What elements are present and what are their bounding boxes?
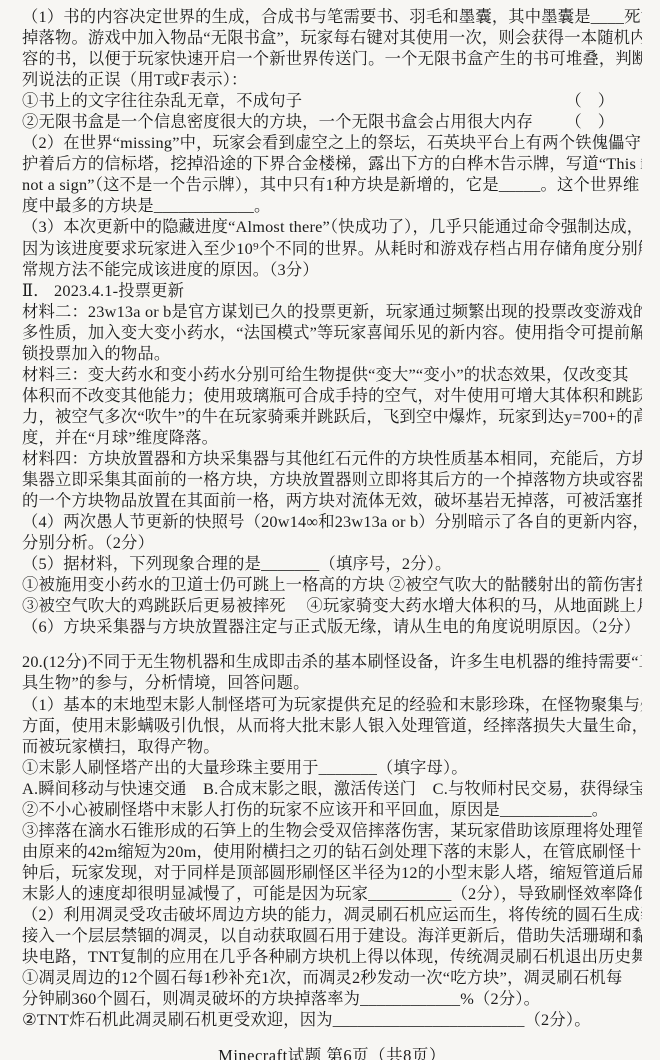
line-text: not a sign”（这不是一个告示牌），其中只有1种方块是新增的，它是___… <box>22 175 639 194</box>
document-line: 多性质，加入变大变小药水，“法国模式”等玩家喜闻乐见的新内容。使用指令可提前解 <box>22 322 642 343</box>
document-line: ③被空气吹大的鸡跳跃后更易被摔死 ④玩家骑变大药水增大体积的马，从地面跳上月球 <box>22 595 642 616</box>
line-text: 分钟刷360个圆石，则凋灵破坏的方块掉落率为____________%（2分）。 <box>22 989 540 1008</box>
line-text: 锁投票加入的物品。 <box>22 344 170 363</box>
line-text: 材料四：方块放置器和方块采集器与其他红石元件的方块性质基本相同，充能后，方块采 <box>22 449 642 468</box>
line-text: 多性质，加入变大变小药水，“法国模式”等玩家喜闻乐见的新内容。使用指令可提前解 <box>22 323 642 342</box>
document-line: （4）两次愚人节更新的快照号（20w14∞和23w13a or b）分别暗示了各… <box>22 511 642 532</box>
document-line: 由原来的42m缩短为20m，使用附横扫之刃的钻石剑处理下落的末影人，在管底刷怪十… <box>22 841 642 862</box>
line-text: 体积而不改变其他能力；使用玻璃瓶可合成手持的空气，对牛使用可增大其体积和跳跃能 <box>22 386 642 405</box>
document-line: Ⅱ． 2023.4.1-投票更新 <box>22 280 642 301</box>
line-text: 分别分析。（2分） <box>22 533 154 552</box>
line-text: 列说法的正误（用T或F表示）： <box>22 70 248 89</box>
document-line: 材料四：方块放置器和方块采集器与其他红石元件的方块性质基本相同，充能后，方块采 <box>22 448 642 469</box>
line-text: （2）在世界“missing”中，玩家会看到虚空之上的祭坛，石英块平台上有两个铁… <box>22 133 641 152</box>
line-text: （4）两次愚人节更新的快照号（20w14∞和23w13a or b）分别暗示了各… <box>22 512 642 531</box>
document-line: 方面，使用末影螨吸引仇恨，从而将大批末影人银入处理管道，经摔落损失大量生命，进 <box>22 715 642 736</box>
line-text: 因为该进度要求玩家进入至少10⁹个不同的世界。从耗时和游戏存档占用存储角度分别解… <box>22 239 642 258</box>
line-text: 由原来的42m缩短为20m，使用附横扫之刃的钻石剑处理下落的末影人，在管底刷怪十… <box>22 842 642 861</box>
document-line: ①书上的文字往往杂乱无章，不成句子（ ） <box>22 90 642 111</box>
line-text: ②不小心被刷怪塔中末影人打伤的玩家不应该开和平回血，原因是___________… <box>22 800 608 819</box>
document-line: 分钟刷360个圆石，则凋灵破坏的方块掉落率为____________%（2分）。 <box>22 988 642 1009</box>
document-line: （2）在世界“missing”中，玩家会看到虚空之上的祭坛，石英块平台上有两个铁… <box>22 132 642 153</box>
line-text: ②TNT炸石机此凋灵刷石机更受欢迎，因为____________________… <box>22 1010 591 1029</box>
line-text: ①书上的文字往往杂乱无章，不成句子 <box>22 90 302 111</box>
line-text: 钟后，玩家发现，对于同样是顶部圆形刷怪区半径为12的小型末影人塔，缩短管道后刷出 <box>22 863 642 882</box>
line-text: 材料三：变大药水和变小药水分别可给生物提供“变大”“变小”的状态效果，仅改变其 <box>22 365 629 384</box>
line-text: （6）方块采集器与方块放置器注定与正式版无缘，请从生电的角度说明原因。（2分） <box>22 617 640 636</box>
document-line: ②不小心被刷怪塔中末影人打伤的玩家不应该开和平回血，原因是___________… <box>22 799 642 820</box>
document-line: 度中最多的方块是____________。 <box>22 195 642 216</box>
line-text: ①末影人刷怪塔产出的大量珍珠主要用于_______（填字母）。 <box>22 758 468 777</box>
blank-line <box>22 637 642 651</box>
line-text: ②无限书盒是一个信息密度很大的方块，一个无限书盒会占用很大内存 <box>22 111 533 132</box>
document-line: 力，被空气多次“吹牛”的牛在玩家骑乘并跳跃后，飞到空中爆炸，玩家到达y=700+… <box>22 406 642 427</box>
line-text: Ⅱ． 2023.4.1-投票更新 <box>22 281 184 300</box>
line-text: 集器立即采集其面前的一格方块，方块放置器则立即将其后方的一个掉落物方块或容器中 <box>22 470 642 489</box>
line-text: 掉落物。游戏中加入物品“无限书盒”，玩家每右键对其使用一次，则会获得一本随机内 <box>22 28 642 47</box>
line-text: A.瞬间移动与快速交通 B.合成末影之眼，激活传送门 C.与牧师村民交易，获得绿… <box>22 779 642 798</box>
exam-page: （1）书的内容决定世界的生成，合成书与笔需要书、羽毛和墨囊，其中墨囊是____死… <box>0 0 660 1060</box>
line-text: 接入一个层层禁锢的凋灵，以自动获取圆石用于建设。海洋更新后，借助失活珊瑚和黏液 <box>22 926 642 945</box>
document-line: ①凋灵周边的12个圆石每1秒补充1次，而凋灵2秒发动一次“吃方块”，凋灵刷石机每 <box>22 967 642 988</box>
line-text: 块电路，TNT复制的应用在几乎各种刷方块机上得以体现，传统凋灵刷石机退出历史舞台… <box>22 947 642 966</box>
document-line: 具生物”的参与，分析情境，回答问题。 <box>22 672 642 693</box>
document-line: 末影人的速度却很明显减慢了，可能是因为玩家__________（2分），导致刷怪… <box>22 883 642 904</box>
document-line: 材料三：变大药水和变小药水分别可给生物提供“变大”“变小”的状态效果，仅改变其 <box>22 364 642 385</box>
document-line: （3）本次更新中的隐藏进度“Almost there”（快成功了），几乎只能通过… <box>22 216 642 237</box>
document-line: 常规方法不能完成该进度的原因。（3分） <box>22 259 642 280</box>
document-line: ①被施用变小药水的卫道士仍可跳上一格高的方块 ②被空气吹大的骷髅射出的箭伤害提高 <box>22 574 642 595</box>
line-text: （5）据材料，下列现象合理的是_______（填序号，2分）。 <box>22 554 452 573</box>
line-text: 度，并在“月球”维度降落。 <box>22 428 218 447</box>
document-line: 护着后方的信标塔，挖掉沿途的下界合金楼梯，露出下方的白桦木告示牌，写道“This… <box>22 153 642 174</box>
document-line: ③摔落在滴水石锥形成的石笋上的生物会受双倍摔落伤害，某玩家借助该原理将处理管道 <box>22 820 642 841</box>
line-text: 方面，使用末影螨吸引仇恨，从而将大批末影人银入处理管道，经摔落损失大量生命，进 <box>22 716 642 735</box>
line-text: 护着后方的信标塔，挖掉沿途的下界合金楼梯，露出下方的白桦木告示牌，写道“This… <box>22 154 642 173</box>
document-line: 锁投票加入的物品。 <box>22 343 642 364</box>
document-line: A.瞬间移动与快速交通 B.合成末影之眼，激活传送门 C.与牧师村民交易，获得绿… <box>22 778 642 799</box>
document-line: 而被玩家横扫，取得产物。 <box>22 736 642 757</box>
document-line: （1）基本的末地型末影人制怪塔可为玩家提供充足的经验和末影珍珠，在怪物聚集与处理 <box>22 694 642 715</box>
document-line: 分别分析。（2分） <box>22 532 642 553</box>
line-text: 末影人的速度却很明显减慢了，可能是因为玩家__________（2分），导致刷怪… <box>22 884 642 903</box>
document-line: ①末影人刷怪塔产出的大量珍珠主要用于_______（填字母）。 <box>22 757 642 778</box>
document-line: 20.(12分)不同于无生物机器和生成即击杀的基本刷怪设备，许多生电机器的维持需… <box>22 651 642 672</box>
answer-blank-parentheses: （ ） <box>565 90 620 111</box>
line-text: 度中最多的方块是____________。 <box>22 196 270 215</box>
document-line: 的一个方块物品放置在其面前一格，两方块对流体无效，破坏基岩无掉落，可被活塞推动。 <box>22 490 642 511</box>
document-line: ②TNT炸石机此凋灵刷石机更受欢迎，因为____________________… <box>22 1009 642 1030</box>
line-text: ③被空气吹大的鸡跳跃后更易被摔死 ④玩家骑变大药水增大体积的马，从地面跳上月球 <box>22 596 642 615</box>
line-text: ①被施用变小药水的卫道士仍可跳上一格高的方块 ②被空气吹大的骷髅射出的箭伤害提高 <box>22 575 642 594</box>
document-line: 材料二：23w13a or b是官方谋划已久的投票更新，玩家通过频繁出现的投票改… <box>22 301 642 322</box>
line-text: 容的书，以便于玩家快速开启一个新世界传送门。一个无限书盒产生的书可堆叠，判断下 <box>22 49 642 68</box>
line-text: （1）书的内容决定世界的生成，合成书与笔需要书、羽毛和墨囊，其中墨囊是____死… <box>22 7 642 26</box>
document-line: ②无限书盒是一个信息密度很大的方块，一个无限书盒会占用很大内存（ ） <box>22 111 642 132</box>
document-body: （1）书的内容决定世界的生成，合成书与笔需要书、羽毛和墨囊，其中墨囊是____死… <box>22 6 642 1030</box>
line-text: （2）利用凋灵受攻击破坏周边方块的能力，凋灵刷石机应运而生，将传统的圆石生成装置 <box>22 905 642 924</box>
answer-blank-parentheses: （ ） <box>565 111 620 132</box>
line-text: 力，被空气多次“吹牛”的牛在玩家骑乘并跳跃后，飞到空中爆炸，玩家到达y=700+… <box>22 407 642 426</box>
document-line: （2）利用凋灵受攻击破坏周边方块的能力，凋灵刷石机应运而生，将传统的圆石生成装置 <box>22 904 642 925</box>
line-text: 具生物”的参与，分析情境，回答问题。 <box>22 673 310 692</box>
line-text: 的一个方块物品放置在其面前一格，两方块对流体无效，破坏基岩无掉落，可被活塞推动。 <box>22 491 642 510</box>
document-line: （1）书的内容决定世界的生成，合成书与笔需要书、羽毛和墨囊，其中墨囊是____死… <box>22 6 642 27</box>
document-line: 钟后，玩家发现，对于同样是顶部圆形刷怪区半径为12的小型末影人塔，缩短管道后刷出 <box>22 862 642 883</box>
document-line: 因为该进度要求玩家进入至少10⁹个不同的世界。从耗时和游戏存档占用存储角度分别解… <box>22 238 642 259</box>
document-line: 接入一个层层禁锢的凋灵，以自动获取圆石用于建设。海洋更新后，借助失活珊瑚和黏液 <box>22 925 642 946</box>
document-line: 列说法的正误（用T或F表示）： <box>22 69 642 90</box>
line-text: （1）基本的末地型末影人制怪塔可为玩家提供充足的经验和末影珍珠，在怪物聚集与处理 <box>22 695 642 714</box>
document-line: （6）方块采集器与方块放置器注定与正式版无缘，请从生电的角度说明原因。（2分） <box>22 616 642 637</box>
page-footer: Minecraft试题 第6页（共8页） <box>22 1042 642 1060</box>
line-text: 材料二：23w13a or b是官方谋划已久的投票更新，玩家通过频繁出现的投票改… <box>22 302 642 321</box>
document-line: 度，并在“月球”维度降落。 <box>22 427 642 448</box>
line-text: 常规方法不能完成该进度的原因。（3分） <box>22 260 319 279</box>
line-text: 而被玩家横扫，取得产物。 <box>22 737 220 756</box>
line-text: 20.(12分)不同于无生物机器和生成即击杀的基本刷怪设备，许多生电机器的维持需… <box>22 652 642 671</box>
document-line: 掉落物。游戏中加入物品“无限书盒”，玩家每右键对其使用一次，则会获得一本随机内 <box>22 27 642 48</box>
document-line: 集器立即采集其面前的一格方块，方块放置器则立即将其后方的一个掉落物方块或容器中 <box>22 469 642 490</box>
line-text: （3）本次更新中的隐藏进度“Almost there”（快成功了），几乎只能通过… <box>22 217 642 236</box>
document-line: 容的书，以便于玩家快速开启一个新世界传送门。一个无限书盒产生的书可堆叠，判断下 <box>22 48 642 69</box>
document-line: not a sign”（这不是一个告示牌），其中只有1种方块是新增的，它是___… <box>22 174 642 195</box>
document-line: 体积而不改变其他能力；使用玻璃瓶可合成手持的空气，对牛使用可增大其体积和跳跃能 <box>22 385 642 406</box>
line-text: ③摔落在滴水石锥形成的石笋上的生物会受双倍摔落伤害，某玩家借助该原理将处理管道 <box>22 821 642 840</box>
line-text: ①凋灵周边的12个圆石每1秒补充1次，而凋灵2秒发动一次“吃方块”，凋灵刷石机每 <box>22 968 622 987</box>
document-line: 块电路，TNT复制的应用在几乎各种刷方块机上得以体现，传统凋灵刷石机退出历史舞台… <box>22 946 642 967</box>
document-line: （5）据材料，下列现象合理的是_______（填序号，2分）。 <box>22 553 642 574</box>
